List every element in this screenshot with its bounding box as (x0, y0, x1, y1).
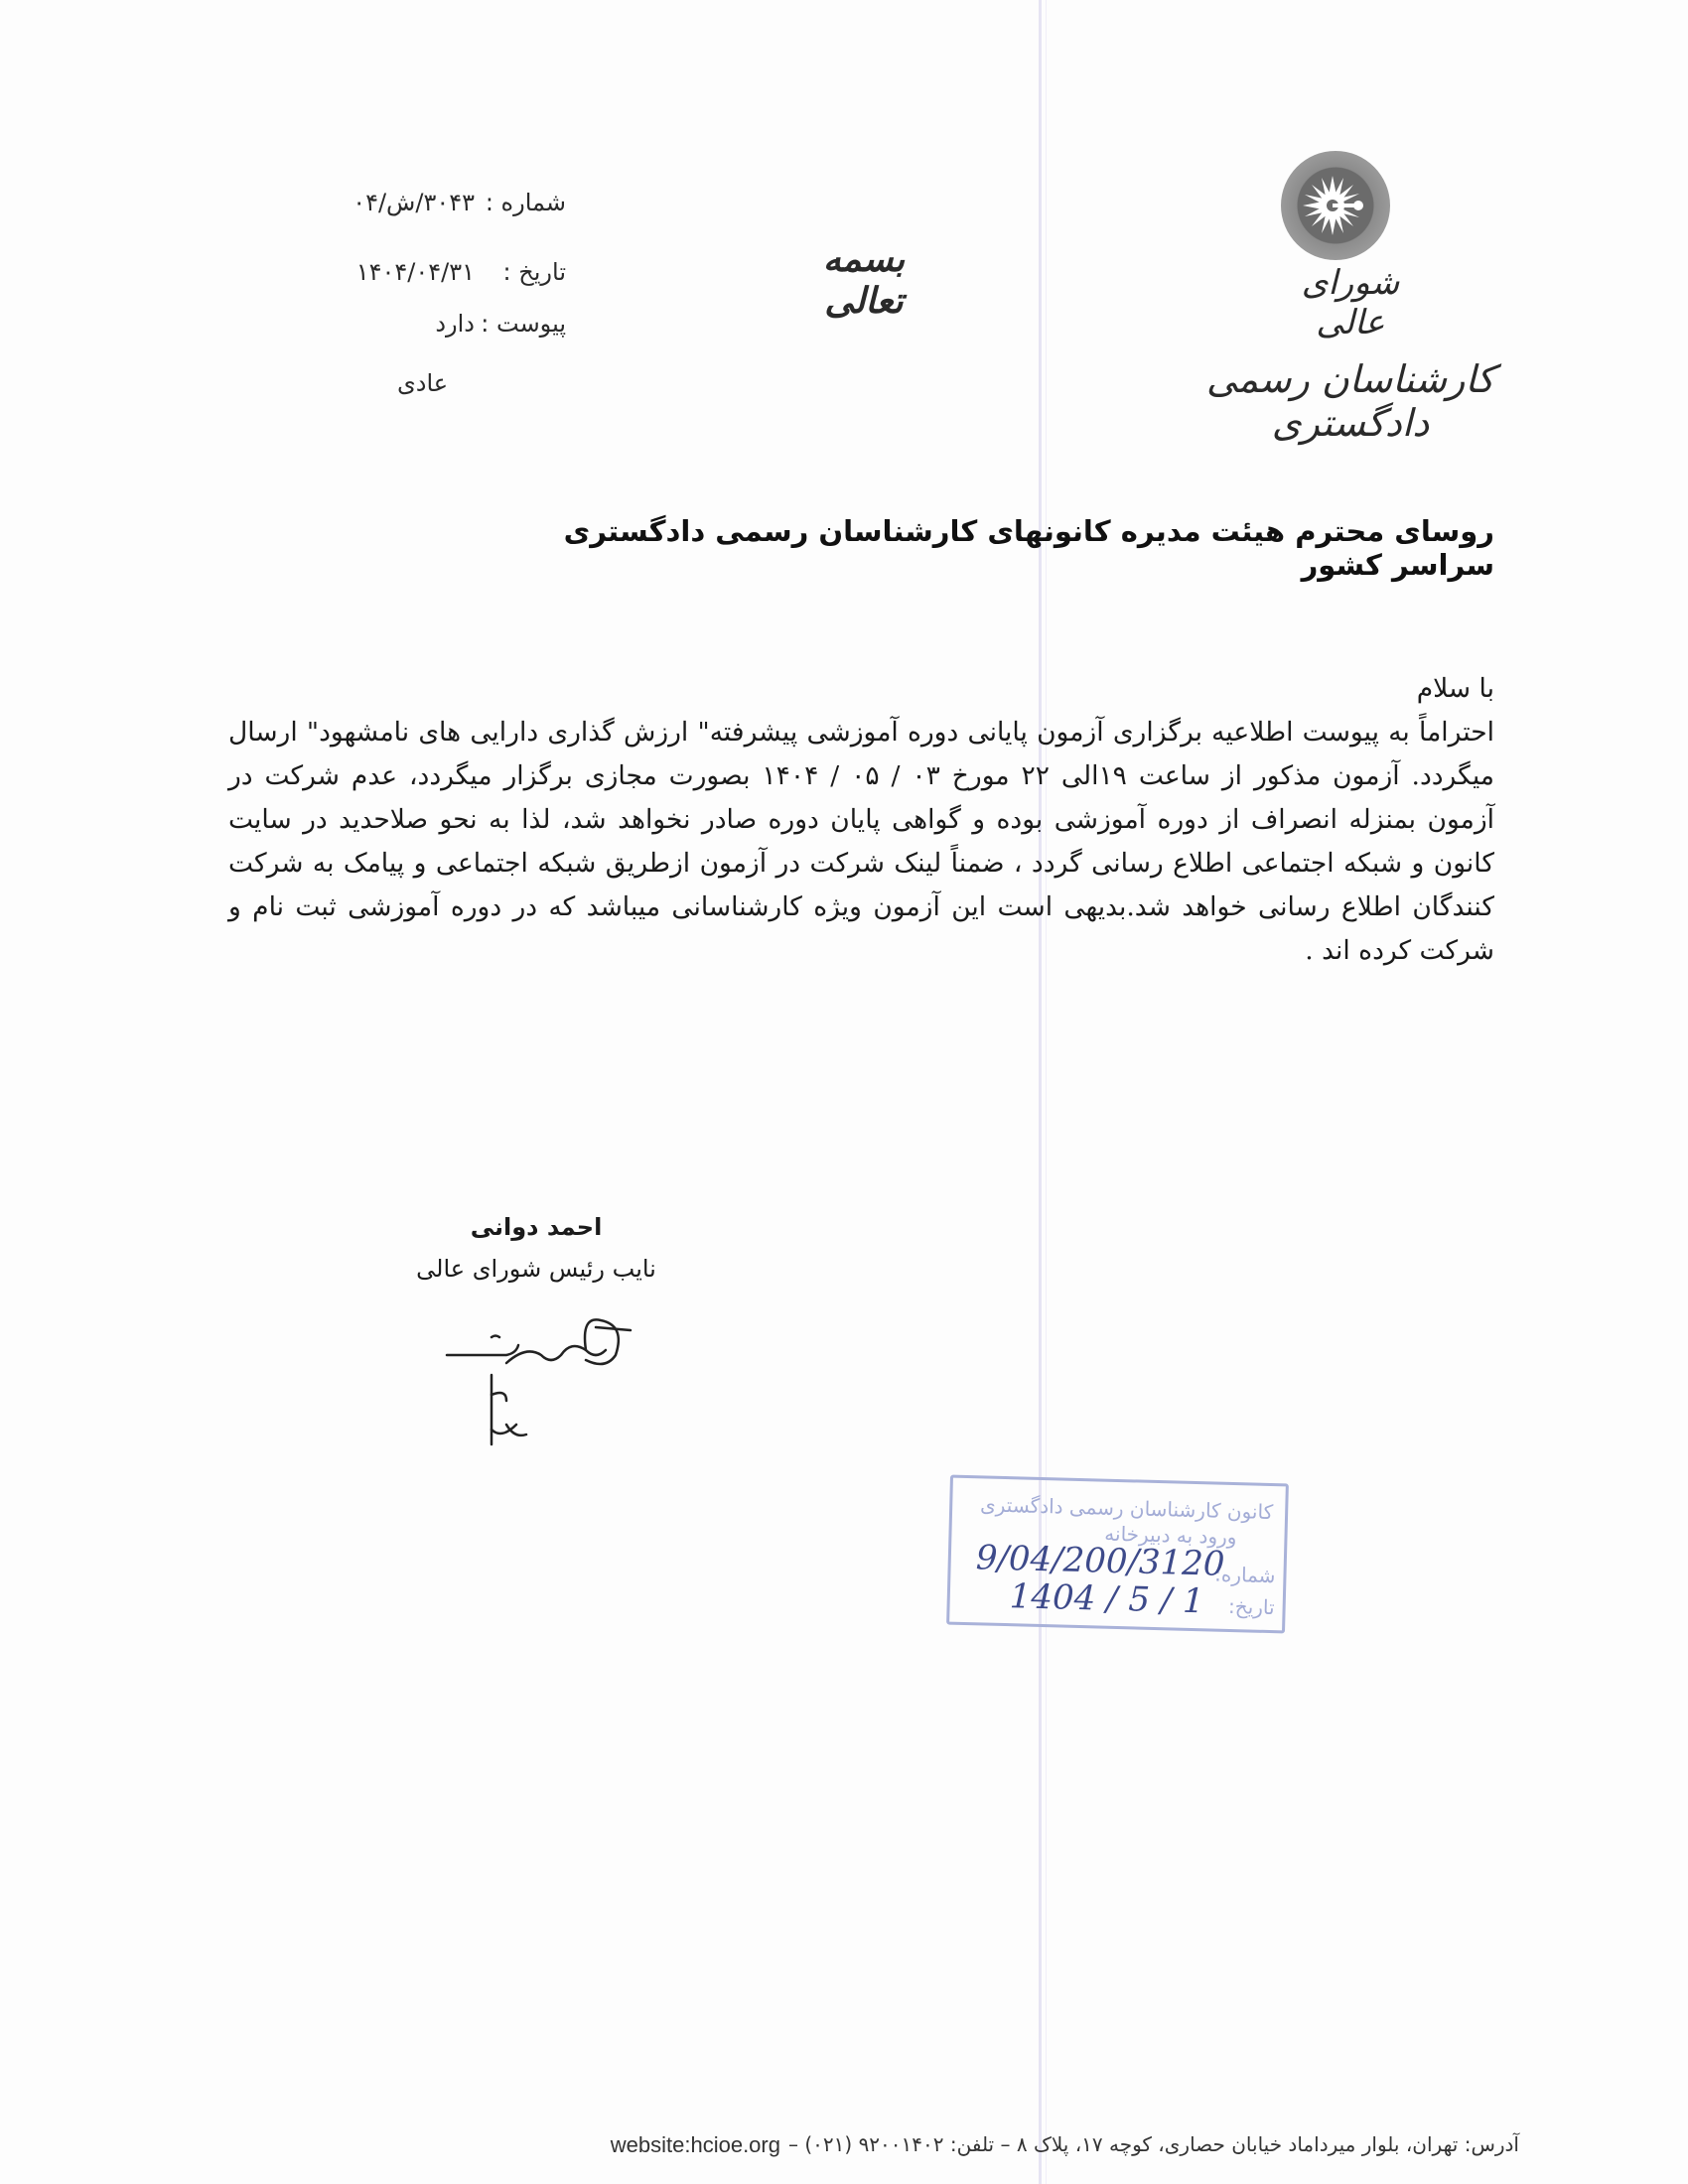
scan-artifact-line (1039, 0, 1042, 2184)
letter-body: با سلام احتراماً به پیوست اطلاعیه برگزار… (228, 667, 1494, 973)
signer-name: احمد دوانی (387, 1213, 685, 1241)
signer-title: نایب رئیس شورای عالی (387, 1255, 685, 1283)
body-paragraph: احتراماً به پیوست اطلاعیه برگزاری آزمون … (228, 711, 1494, 973)
letter-footer: website:hcioe.org آدرس: تهران، بلوار میر… (357, 2132, 1519, 2158)
attachment-label: پیوست : (481, 310, 566, 338)
number-value: ۳۰۴۳/ش/۰۴ (352, 189, 475, 216)
scan-artifact-line (1046, 0, 1047, 2184)
meta-date: تاریخ : ۱۴۰۴/۰۴/۳۱ (298, 258, 566, 310)
number-label: شماره : (486, 189, 566, 216)
stamp-handwritten-date: 1404 / 5 / 1 (1009, 1576, 1204, 1621)
sunburst-emblem-icon (1281, 151, 1390, 260)
stamp-org: کانون کارشناسان رسمی دادگستری (980, 1492, 1274, 1524)
date-label: تاریخ : (503, 258, 566, 286)
org-name-line1: شورای عالی (1276, 263, 1425, 342)
received-stamp: کانون کارشناسان رسمی دادگستری ورود به دب… (946, 1475, 1289, 1634)
letter-meta: شماره : ۳۰۴۳/ش/۰۴ تاریخ : ۱۴۰۴/۰۴/۳۱ پیو… (298, 189, 566, 361)
meta-number: شماره : ۳۰۴۳/ش/۰۴ (298, 189, 566, 258)
classification: عادی (397, 369, 448, 397)
addressee-line: روسای محترم هیئت مدیره کانونهای کارشناسا… (536, 514, 1494, 582)
website-link[interactable]: website:hcioe.org (611, 2132, 780, 2158)
org-name-line2: کارشناسان رسمی دادگستری (1201, 357, 1499, 445)
greeting: با سلام (228, 667, 1494, 711)
attachment-value: دارد (435, 310, 475, 338)
signature-block: احمد دوانی نایب رئیس شورای عالی (387, 1213, 685, 1283)
invocation-heading: بسمه تعالی (784, 238, 943, 322)
meta-attachment: پیوست : دارد (298, 310, 566, 361)
date-value: ۱۴۰۴/۰۴/۳۱ (356, 258, 475, 286)
stamp-date-label: تاریخ: (1228, 1594, 1275, 1619)
address-phone: آدرس: تهران، بلوار میرداماد خیابان حصاری… (788, 2132, 1519, 2158)
